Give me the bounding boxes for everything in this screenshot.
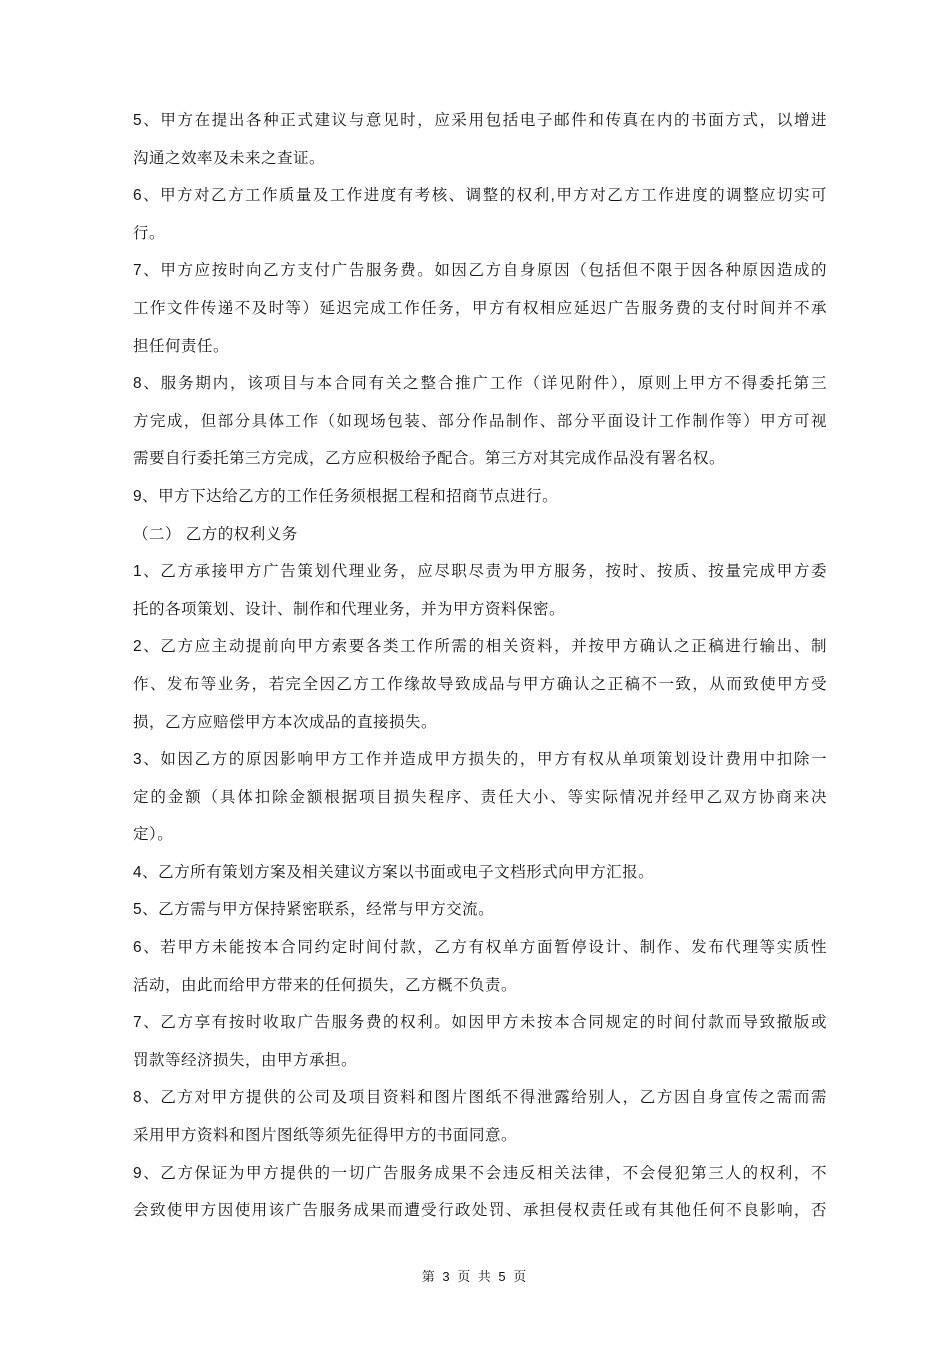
paragraph-line: 8、服务期内，该项目与本合同有关之整合推广工作（详见附件），原则上甲方不得委托第…: [133, 365, 827, 403]
paragraph-line: 沟通之效率及未来之查证。: [133, 140, 827, 178]
paragraph-line: 定的金额（具体扣除金额根据项目损失程序、责任大小、等实际情况并经甲乙双方协商来决: [133, 779, 827, 817]
paragraph-line: 6、若甲方未能按本合同约定时间付款，乙方有权单方面暂停设计、制作、发布代理等实质…: [133, 929, 827, 967]
page-footer: 第 3 页 共 5 页: [0, 1258, 950, 1296]
paragraph-line: 损，乙方应赔偿甲方本次成品的直接损失。: [133, 704, 827, 742]
document-body: 5、甲方在提出各种正式建议与意见时，应采用包括电子邮件和传真在内的书面方式，以增…: [133, 102, 827, 1230]
paragraph-line: 工作文件传递不及时等）延迟完成工作任务，甲方有权相应延迟广告服务费的支付时间并不…: [133, 290, 827, 328]
paragraph-line: 作、发布等业务，若完全因乙方工作缘故导致成品与甲方确认之正稿不一致，从而致使甲方…: [133, 666, 827, 704]
paragraph-line: 7、乙方享有按时收取广告服务费的权利。如因甲方未按本合同规定的时间付款而导致撤版…: [133, 1004, 827, 1042]
paragraph-line: 2、乙方应主动提前向甲方索要各类工作所需的相关资料，并按甲方确认之正稿进行输出、…: [133, 628, 827, 666]
paragraph-line: 9、乙方保证为甲方提供的一切广告服务成果不会违反相关法律，不会侵犯第三人的权利，…: [133, 1155, 827, 1193]
paragraph-line: 6、甲方对乙方工作质量及工作进度有考核、调整的权利,甲方对乙方工作进度的调整应切…: [133, 177, 827, 215]
paragraph-line: 4、乙方所有策划方案及相关建议方案以书面或电子文档形式向甲方汇报。: [133, 854, 827, 892]
paragraph-line: 定）。: [133, 816, 827, 854]
document-page: { "colors": { "page_background": "#fffff…: [0, 0, 950, 1346]
paragraph-line: 9、甲方下达给乙方的工作任务须根据工程和招商节点进行。: [133, 478, 827, 516]
paragraph-line: 方完成，但部分具体工作（如现场包装、部分作品制作、部分平面设计工作制作等）甲方可…: [133, 403, 827, 441]
paragraph-line: 采用甲方资料和图片图纸等须先征得甲方的书面同意。: [133, 1117, 827, 1155]
paragraph-line: 罚款等经济损失，由甲方承担。: [133, 1042, 827, 1080]
paragraph-line: 5、乙方需与甲方保持紧密联系，经常与甲方交流。: [133, 891, 827, 929]
page-number-label: 第 3 页 共 5 页: [422, 1269, 529, 1284]
paragraph-line: 8、乙方对甲方提供的公司及项目资料和图片图纸不得泄露给别人，乙方因自身宣传之需而…: [133, 1079, 827, 1117]
paragraph-line: 1、乙方承接甲方广告策划代理业务，应尽职尽责为甲方服务，按时、按质、按量完成甲方…: [133, 553, 827, 591]
paragraph-line: 托的各项策划、设计、制作和代理业务，并为甲方资料保密。: [133, 591, 827, 629]
page-background: 5、甲方在提出各种正式建议与意见时，应采用包括电子邮件和传真在内的书面方式，以增…: [0, 0, 950, 1346]
paragraph-line: 需要自行委托第三方完成，乙方应积极给予配合。第三方对其完成作品没有署名权。: [133, 440, 827, 478]
paragraph-line: 行。: [133, 215, 827, 253]
paragraph-line: 5、甲方在提出各种正式建议与意见时，应采用包括电子邮件和传真在内的书面方式，以增…: [133, 102, 827, 140]
paragraph-line: 会致使甲方因使用该广告服务成果而遭受行政处罚、承担侵权责任或有其他任何不良影响，…: [133, 1192, 827, 1230]
paragraph-line: 活动，由此而给甲方带来的任何损失，乙方概不负责。: [133, 967, 827, 1005]
paragraph-line: 7、甲方应按时向乙方支付广告服务费。如因乙方自身原因（包括但不限于因各种原因造成…: [133, 252, 827, 290]
paragraph-line: 3、如因乙方的原因影响甲方工作并造成甲方损失的，甲方有权从单项策划设计费用中扣除…: [133, 741, 827, 779]
section-heading: （二） 乙方的权利义务: [133, 516, 827, 554]
paragraph-line: 担任何责任。: [133, 328, 827, 366]
